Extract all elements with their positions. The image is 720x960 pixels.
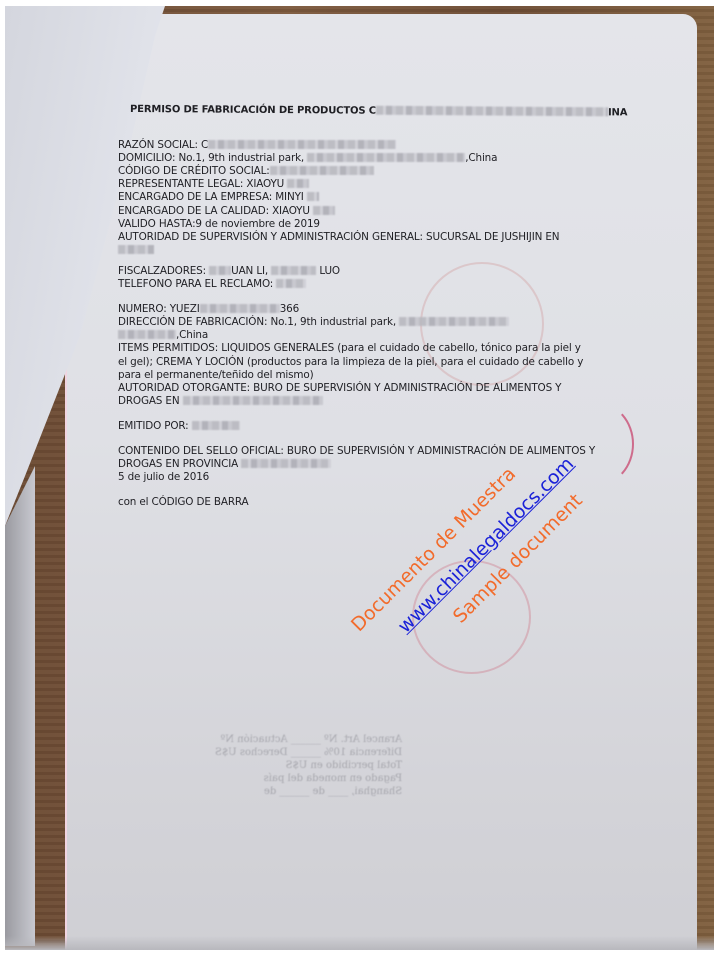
- field-sello-oficial-2: DROGAS EN PROVINCIA: [118, 458, 588, 471]
- field-label: DROGAS EN: [118, 395, 179, 407]
- redacted-block: [307, 153, 465, 162]
- field-codigo-credito: CÓDIGO DE CRÉDITO SOCIAL:: [118, 165, 588, 178]
- field-value: 366: [280, 303, 299, 315]
- field-direccion-2: ,China: [118, 329, 588, 342]
- field-label: EMITIDO POR:: [118, 420, 189, 432]
- field-label: DIRECCIÓN DE FABRICACIÓN: No.1, 9th indu…: [118, 316, 396, 328]
- redacted-block: [276, 279, 306, 288]
- field-label: ENCARGADO DE LA EMPRESA: MINYI: [118, 191, 304, 203]
- redacted-block: [270, 166, 374, 175]
- field-label: DOMICILIO: No.1, 9th industrial park,: [118, 152, 304, 164]
- bleed-line: Arancel Art. Nº ______ Actuación Nº: [215, 733, 402, 746]
- page-edge: [5, 466, 35, 946]
- redacted-block: [200, 304, 280, 313]
- title-suffix: INA: [608, 107, 627, 118]
- field-telefono: TELEFONO PARA EL RECLAMO:: [118, 278, 588, 291]
- field-value: ,China: [176, 329, 208, 341]
- field-representante: REPRESENTANTE LEGAL: XIAOYU: [118, 178, 588, 191]
- field-label: NUMERO: YUEZI: [118, 303, 200, 315]
- field-label: CÓDIGO DE CRÉDITO SOCIAL:: [118, 165, 270, 177]
- redacted-block: [307, 192, 319, 201]
- document-body: PERMISO DE FABRICACIÓN DE PRODUCTOS CINA…: [118, 103, 588, 509]
- redacted-block: [208, 140, 396, 149]
- field-label: RAZÓN SOCIAL: C: [118, 139, 208, 151]
- field-domicilio: DOMICILIO: No.1, 9th industrial park, ,C…: [118, 152, 588, 165]
- field-autoridad-otorgante-2: DROGAS EN: [118, 395, 588, 408]
- field-items-permitidos: ITEMS PERMITIDOS: LIQUIDOS GENERALES (pa…: [118, 342, 588, 381]
- field-sello-oficial: CONTENIDO DEL SELLO OFICIAL: BURO DE SUP…: [118, 445, 588, 458]
- redacted-block: [271, 266, 316, 275]
- redacted-block: [241, 459, 331, 468]
- bleed-through-text: Arancel Art. Nº ______ Actuación Nº Dife…: [215, 733, 402, 798]
- redacted-block: [183, 396, 323, 405]
- field-label: ENCARGADO DE LA CALIDAD: XIAOYU: [118, 205, 310, 217]
- field-encargado-calidad: ENCARGADO DE LA CALIDAD: XIAOYU: [118, 205, 588, 218]
- field-value: UAN LI,: [231, 265, 268, 277]
- field-numero: NUMERO: YUEZI366: [118, 303, 588, 316]
- field-encargado-empresa: ENCARGADO DE LA EMPRESA: MINYI: [118, 191, 588, 204]
- redacted-block: [287, 179, 309, 188]
- field-label: DROGAS EN PROVINCIA: [118, 458, 238, 470]
- redacted-block: [313, 206, 335, 215]
- bleed-line: Total percibido en U$S: [215, 759, 402, 772]
- page-shadow: [5, 936, 714, 950]
- redacted-block: [376, 106, 608, 117]
- document-title: PERMISO DE FABRICACIÓN DE PRODUCTOS CINA: [130, 103, 588, 119]
- redacted-block: [118, 330, 176, 339]
- field-label: REPRESENTANTE LEGAL: XIAOYU: [118, 178, 284, 190]
- bleed-line: Shanghai, ____ de ______ de: [215, 785, 402, 798]
- field-emitido-por: EMITIDO POR:: [118, 420, 588, 433]
- bleed-line: Pagado en moneda del país: [215, 772, 402, 785]
- field-direccion: DIRECCIÓN DE FABRICACIÓN: No.1, 9th indu…: [118, 316, 588, 329]
- redacted-block: [209, 266, 231, 275]
- field-label: FISCALZADORES:: [118, 265, 206, 277]
- field-razon-social: RAZÓN SOCIAL: C: [118, 139, 588, 152]
- field-value: LUO: [319, 265, 340, 277]
- bleed-line: Diferencia 10% ______ Derechos U$S: [215, 746, 402, 759]
- field-valido-hasta: VALIDO HASTA:9 de noviembre de 2019: [118, 218, 588, 231]
- redacted-block: [399, 317, 509, 326]
- field-autoridad-region: [118, 244, 588, 257]
- redacted-block: [192, 421, 240, 430]
- field-autoridad-otorgante: AUTORIDAD OTORGANTE: BURO DE SUPERVISIÓN…: [118, 382, 588, 395]
- title-text: PERMISO DE FABRICACIÓN DE PRODUCTOS C: [130, 104, 376, 117]
- redacted-block: [118, 245, 154, 254]
- field-label: TELEFONO PARA EL RECLAMO:: [118, 278, 273, 290]
- field-value: ,China: [465, 152, 497, 164]
- field-fiscalizadores: FISCALZADORES: UAN LI, LUO: [118, 265, 588, 278]
- field-autoridad-supervision: AUTORIDAD DE SUPERVISIÓN Y ADMINISTRACIÓ…: [118, 231, 588, 244]
